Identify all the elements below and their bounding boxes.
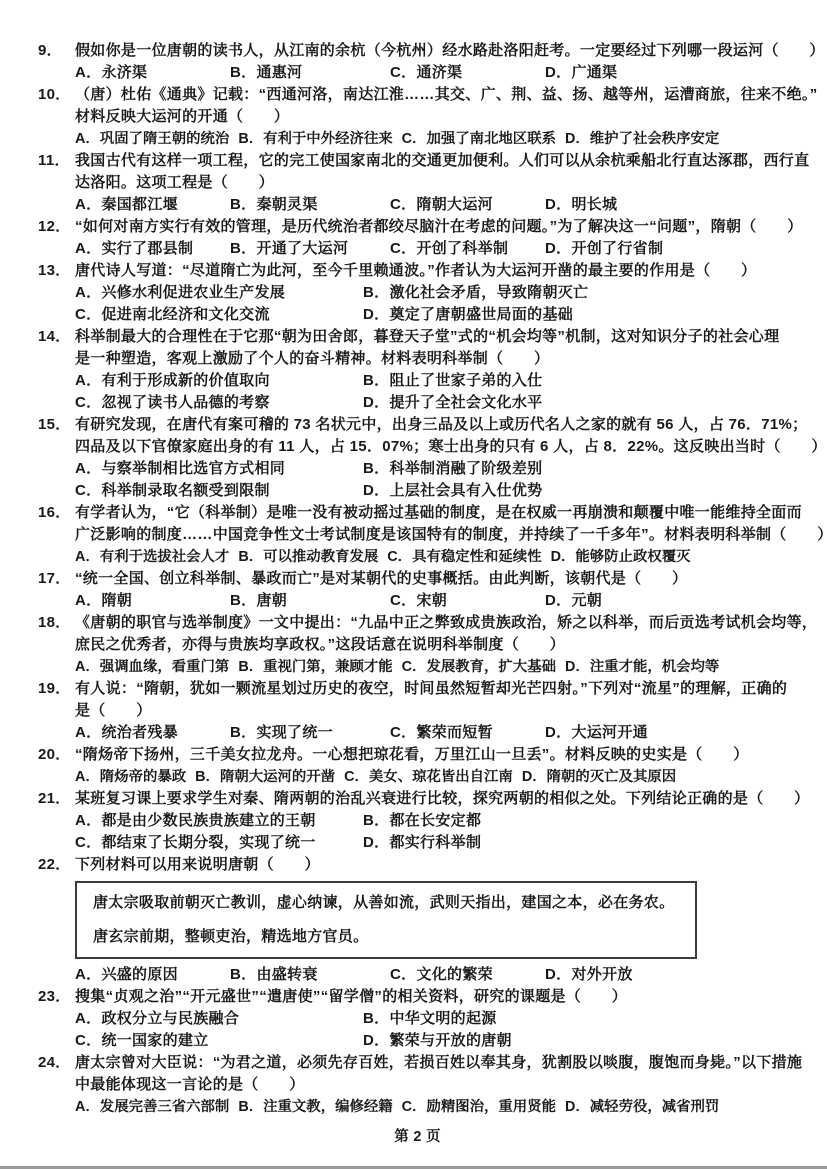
option-b: B．开通了大运河 xyxy=(230,238,390,260)
question-stem-line: 16．有学者认为，“它（科举制）是唯一没有被动摇过基础的制度，是在权威一再崩溃和… xyxy=(38,502,797,524)
option-a: A．隋炀帝的暴政 xyxy=(75,766,186,788)
stem-text: “如何对南方实行有效的管理，是历代统治者都绞尽脑汁在考虑的问题。”为了解决这一“… xyxy=(75,218,803,235)
option-text: 可以推动教育发展 xyxy=(263,549,378,565)
option-label: C． xyxy=(402,659,427,675)
option-label: B． xyxy=(363,460,389,477)
question-19: 19．有人说：“隋朝，犹如一颗流星划过历史的夜空，时间虽然短暂却光芒四射。”下列… xyxy=(38,678,797,744)
question-number: 18． xyxy=(38,612,75,634)
option-d: D．明长城 xyxy=(545,194,797,216)
option-d: D．隋朝的灭亡及其原因 xyxy=(522,766,676,788)
option-a: A．巩固了隋王朝的统治 xyxy=(75,128,229,150)
option-label: A． xyxy=(75,284,101,301)
option-d: D．能够防止政权覆灭 xyxy=(551,546,691,568)
option-c: C．文化的繁荣 xyxy=(390,964,545,986)
option-label: B． xyxy=(195,769,220,785)
question-stem-line: 15．有研究发现，在唐代有案可稽的 73 名状元中，出身三品及以上或历代名人之家… xyxy=(38,414,797,436)
option-a: A．实行了郡县制 xyxy=(75,238,230,260)
option-text: 统一国家的建立 xyxy=(101,1032,208,1049)
option-text: 由盛转衰 xyxy=(256,966,317,983)
option-text: 都在长安定都 xyxy=(389,812,481,829)
option-c: C．美女、琼花皆出自江南 xyxy=(344,766,513,788)
option-text: 隋朝大运河 xyxy=(416,196,493,213)
option-text: 政权分立与民族融合 xyxy=(101,1010,239,1027)
option-d: D．广通渠 xyxy=(545,62,797,84)
option-b: B．通惠河 xyxy=(230,62,390,84)
option-c: C．隋朝大运河 xyxy=(390,194,545,216)
options-row: A．巩固了隋王朝的统治B．有利于中外经济往来C．加强了南北地区联系D．维护了社会… xyxy=(75,128,797,150)
option-d: D．对外开放 xyxy=(545,964,797,986)
question-16: 16．有学者认为，“它（科举制）是唯一没有被动摇过基础的制度，是在权威一再崩溃和… xyxy=(38,502,797,568)
option-label: C． xyxy=(75,1032,101,1049)
stem-text: 有人说：“隋朝，犹如一颗流星划过历史的夜空，时间虽然短暂却光芒四射。”下列对“流… xyxy=(75,680,787,697)
option-text: 与察举制相比选官方式相同 xyxy=(101,460,285,477)
option-text: 励精图治，重用贤能 xyxy=(426,1099,556,1115)
question-number: 13． xyxy=(38,260,75,282)
option-c: C．发展教育，扩大基础 xyxy=(402,656,556,678)
option-text: 都实行科举制 xyxy=(389,834,481,851)
option-b: B．注重文教，编修经籍 xyxy=(238,1096,392,1118)
question-number: 24． xyxy=(38,1052,75,1074)
option-a: A．秦国都江堰 xyxy=(75,194,230,216)
question-number: 9． xyxy=(38,40,75,62)
option-a: A．兴盛的原因 xyxy=(75,964,230,986)
option-label: B． xyxy=(363,284,389,301)
option-text: 永济渠 xyxy=(101,64,147,81)
option-label: A． xyxy=(75,196,101,213)
option-text: 上层社会具有入仕优势 xyxy=(389,482,542,499)
question-stem-line: 广泛影响的制度……中国竞争性文士考试制度是该国特有的制度，并持续了一千多年”。材… xyxy=(38,524,797,546)
option-label: C． xyxy=(390,64,416,81)
option-c: C．忽视了读书人品德的考察 xyxy=(75,392,363,414)
option-c: C．加强了南北地区联系 xyxy=(402,128,556,150)
option-text: 都是由少数民族贵族建立的王朝 xyxy=(101,812,315,829)
option-label: D． xyxy=(545,966,571,983)
option-d: D．提升了全社会文化水平 xyxy=(363,392,797,414)
question-stem-line: 18．《唐朝的职官与选举制度》一文中提出：“九品中正之弊致成贵族政治，矫之以科举… xyxy=(38,612,797,634)
question-number: 10． xyxy=(38,84,75,106)
stem-text: 是一种塑造，客观上激励了个人的奋斗精神。材料表明科举制（ ） xyxy=(75,350,549,367)
option-label: A． xyxy=(75,812,101,829)
options-row: A．强调血缘，看重门第B．重视门第，兼顾才能C．发展教育，扩大基础D．注重才能，… xyxy=(75,656,797,678)
stem-text: 《唐朝的职官与选举制度》一文中提出：“九品中正之弊致成贵族政治，矫之以科举，而后… xyxy=(75,614,817,631)
option-label: C． xyxy=(390,724,416,741)
question-17: 17．“统一全国、创立科举制、暴政而亡”是对某朝代的史事概括。由此判断，该朝代是… xyxy=(38,568,797,612)
option-text: 实行了郡县制 xyxy=(101,240,193,257)
option-d: D．上层社会具有入仕优势 xyxy=(363,480,797,502)
option-a: A．与察举制相比选官方式相同 xyxy=(75,458,363,480)
option-c: C．通济渠 xyxy=(390,62,545,84)
option-label: D． xyxy=(363,834,389,851)
option-label: C． xyxy=(390,196,416,213)
question-13: 13．唐代诗人写道：“尽道隋亡为此河，至今千里赖通波。”作者认为大运河开凿的最主… xyxy=(38,260,797,326)
option-label: A． xyxy=(75,131,100,147)
option-label: D． xyxy=(545,240,571,257)
stem-text: 有研究发现，在唐代有案可稽的 73 名状元中，出身三品及以上或历代名人之家的就有… xyxy=(75,416,807,433)
question-stem-line: 9．假如你是一位唐朝的读书人，从江南的余杭（今杭州）经水路赴洛阳赶考。一定要经过… xyxy=(38,40,797,62)
option-label: C． xyxy=(390,240,416,257)
question-stem-line: 10．（唐）杜佑《通典》记载：“西通河洛，南达江淮……其交、广、荆、益、扬、越等… xyxy=(38,84,797,106)
option-d: D．奠定了唐朝盛世局面的基础 xyxy=(363,304,797,326)
option-text: 隋朝 xyxy=(101,592,132,609)
option-text: 秦朝灵渠 xyxy=(256,196,317,213)
option-text: 对外开放 xyxy=(571,966,632,983)
option-text: 具有稳定性和延续性 xyxy=(412,549,542,565)
option-text: 有利于形成新的价值取向 xyxy=(101,372,269,389)
option-text: 忽视了读书人品德的考察 xyxy=(101,394,269,411)
option-b: B．中华文明的起源 xyxy=(363,1008,797,1030)
question-number: 15． xyxy=(38,414,75,436)
option-d: D．注重才能，机会均等 xyxy=(565,656,719,678)
option-text: 科举制录取名额受到限制 xyxy=(101,482,269,499)
question-stem-line: 13．唐代诗人写道：“尽道隋亡为此河，至今千里赖通波。”作者认为大运河开凿的最主… xyxy=(38,260,797,282)
option-label: B． xyxy=(230,966,256,983)
question-number: 16． xyxy=(38,502,75,524)
question-number: 12． xyxy=(38,216,75,238)
exam-page: 9．假如你是一位唐朝的读书人，从江南的余杭（今杭州）经水路赴洛阳赶考。一定要经过… xyxy=(0,0,827,1148)
stem-text: 唐太宗曾对大臣说：“为君之道，必须先存百姓，若损百姓以奉其身，犹割股以啖腹，腹饱… xyxy=(75,1054,802,1071)
question-20: 20．“隋炀帝下扬州，三千美女拉龙舟。一心想把琼花看，万里江山一旦丢”。材料反映… xyxy=(38,744,797,788)
option-label: D． xyxy=(545,196,571,213)
page-footer: 第 2 页 xyxy=(38,1126,797,1148)
option-a: A．兴修水利促进农业生产发展 xyxy=(75,282,363,304)
option-text: 广通渠 xyxy=(571,64,617,81)
option-label: A． xyxy=(75,1010,101,1027)
option-d: D．开创了行省制 xyxy=(545,238,797,260)
options-row: A．有利于形成新的价值取向B．阻止了世家子弟的入仕C．忽视了读书人品德的考察D．… xyxy=(75,370,797,414)
option-label: D． xyxy=(545,64,571,81)
stem-text: 是（ ） xyxy=(75,702,152,719)
option-label: D． xyxy=(363,1032,389,1049)
option-c: C．都结束了长期分裂，实现了统一 xyxy=(75,832,363,854)
option-d: D．减轻劳役，减省刑罚 xyxy=(565,1096,719,1118)
question-stem-line: 达洛阳。这项工程是（ ） xyxy=(38,172,797,194)
option-b: B．激化社会矛盾，导致隋朝灭亡 xyxy=(363,282,797,304)
question-18: 18．《唐朝的职官与选举制度》一文中提出：“九品中正之弊致成贵族政治，矫之以科举… xyxy=(38,612,797,678)
option-text: 繁荣而短暂 xyxy=(416,724,493,741)
question-23: 23．搜集“贞观之治”“开元盛世”“遣唐使”“留学僧”的相关资料，研究的课题是（… xyxy=(38,986,797,1052)
option-text: 发展完善三省六部制 xyxy=(100,1099,230,1115)
option-label: A． xyxy=(75,592,101,609)
option-b: B．重视门第，兼顾才能 xyxy=(238,656,392,678)
option-label: C． xyxy=(75,394,101,411)
option-d: D．都实行科举制 xyxy=(363,832,797,854)
options-row: A．实行了郡县制B．开通了大运河C．开创了科举制D．开创了行省制 xyxy=(75,238,797,260)
option-text: 巩固了隋王朝的统治 xyxy=(100,131,230,147)
stem-text: 假如你是一位唐朝的读书人，从江南的余杭（今杭州）经水路赴洛阳赶考。一定要经过下列… xyxy=(75,42,825,59)
options-row: A．秦国都江堰B．秦朝灵渠C．隋朝大运河D．明长城 xyxy=(75,194,797,216)
stem-text: 材料反映大运河的开通（ ） xyxy=(75,108,289,125)
option-b: B．隋朝大运河的开凿 xyxy=(195,766,335,788)
question-stem-line: 24．唐太宗曾对大臣说：“为君之道，必须先存百姓，若损百姓以奉其身，犹割股以啖腹… xyxy=(38,1052,797,1074)
option-b: B．秦朝灵渠 xyxy=(230,194,390,216)
question-stem-line: 是一种塑造，客观上激励了个人的奋斗精神。材料表明科举制（ ） xyxy=(38,348,797,370)
stem-text: 中最能体现这一言论的是（ ） xyxy=(75,1076,305,1093)
option-label: C． xyxy=(387,549,412,565)
stem-text: 广泛影响的制度……中国竞争性文士考试制度是该国特有的制度，并持续了一千多年”。材… xyxy=(75,526,827,543)
option-label: B． xyxy=(238,1099,263,1115)
question-14: 14．科举制最大的合理性在于它那“朝为田舍郎，暮登天子堂”式的“机会均等”机制，… xyxy=(38,326,797,414)
material-box: 唐太宗吸取前朝灭亡教训，虚心纳谏，从善如流，武则天指出，建国之本，必在务农。唐玄… xyxy=(75,881,697,959)
option-text: 文化的繁荣 xyxy=(416,966,493,983)
option-label: A． xyxy=(75,1099,100,1115)
option-text: 统治者残暴 xyxy=(101,724,178,741)
option-c: C．繁荣而短暂 xyxy=(390,722,545,744)
option-label: C． xyxy=(402,131,427,147)
stem-text: 四品及以下官僚家庭出身的有 11 人，占 15．07%；寒士出身的只有 6 人，… xyxy=(75,438,827,455)
option-a: A．有利于选拔社会人才 xyxy=(75,546,229,568)
option-text: 中华文明的起源 xyxy=(389,1010,496,1027)
option-d: D．元朝 xyxy=(545,590,797,612)
option-text: 通惠河 xyxy=(256,64,302,81)
options-row: A．兴盛的原因B．由盛转衰C．文化的繁荣D．对外开放 xyxy=(75,964,797,986)
option-text: 开创了行省制 xyxy=(571,240,663,257)
stem-text: “隋炀帝下扬州，三千美女拉龙舟。一心想把琼花看，万里江山一旦丢”。材料反映的史实… xyxy=(75,746,749,763)
option-text: 唐朝 xyxy=(256,592,287,609)
option-b: B．科举制消融了阶级差别 xyxy=(363,458,797,480)
option-a: A．有利于形成新的价值取向 xyxy=(75,370,363,392)
option-label: D． xyxy=(522,769,547,785)
option-b: B．都在长安定都 xyxy=(363,810,797,832)
option-text: 强调血缘，看重门第 xyxy=(100,659,230,675)
option-text: 元朝 xyxy=(571,592,602,609)
options-row: A．有利于选拔社会人才B．可以推动教育发展C．具有稳定性和延续性D．能够防止政权… xyxy=(75,546,797,568)
question-stem-line: 庶民之优秀者，亦得与贵族均享政权。”这段话意在说明科举制度（ ） xyxy=(38,634,797,656)
question-stem-line: 22．下列材料可以用来说明唐朝（ ） xyxy=(38,854,797,876)
option-d: D．维护了社会秩序安定 xyxy=(565,128,719,150)
question-list: 9．假如你是一位唐朝的读书人，从江南的余杭（今杭州）经水路赴洛阳赶考。一定要经过… xyxy=(38,40,797,1118)
stem-text: “统一全国、创立科举制、暴政而亡”是对某朝代的史事概括。由此判断，该朝代是（ ） xyxy=(75,570,687,587)
stem-text: （唐）杜佑《通典》记载：“西通河洛，南达江淮……其交、广、荆、益、扬、越等州，运… xyxy=(75,86,818,103)
option-text: 注重才能，机会均等 xyxy=(590,659,720,675)
option-text: 有利于选拔社会人才 xyxy=(100,549,230,565)
option-text: 加强了南北地区联系 xyxy=(426,131,556,147)
options-row: A．发展完善三省六部制B．注重文教，编修经籍C．励精图治，重用贤能D．减轻劳役，… xyxy=(75,1096,797,1118)
options-row: A．政权分立与民族融合B．中华文明的起源C．统一国家的建立D．繁荣与开放的唐朝 xyxy=(75,1008,797,1052)
option-text: 繁荣与开放的唐朝 xyxy=(389,1032,511,1049)
option-label: B． xyxy=(230,592,256,609)
stem-text: 下列材料可以用来说明唐朝（ ） xyxy=(75,856,320,873)
option-text: 隋朝的灭亡及其原因 xyxy=(547,769,677,785)
question-number: 23． xyxy=(38,986,75,1008)
stem-text: 我国古代有这样一项工程，它的完工使国家南北的交通更加便利。人们可以从余杭乘船北行… xyxy=(75,152,809,169)
option-label: B． xyxy=(238,131,263,147)
option-c: C．开创了科举制 xyxy=(390,238,545,260)
option-label: C． xyxy=(390,966,416,983)
option-label: B． xyxy=(363,1010,389,1027)
option-text: 科举制消融了阶级差别 xyxy=(389,460,542,477)
question-24: 24．唐太宗曾对大臣说：“为君之道，必须先存百姓，若损百姓以奉其身，犹割股以啖腹… xyxy=(38,1052,797,1118)
question-22: 22．下列材料可以用来说明唐朝（ ）唐太宗吸取前朝灭亡教训，虚心纳谏，从善如流，… xyxy=(38,854,797,986)
option-text: 奠定了唐朝盛世局面的基础 xyxy=(389,306,573,323)
option-text: 重视门第，兼顾才能 xyxy=(263,659,393,675)
option-text: 减轻劳役，减省刑罚 xyxy=(590,1099,720,1115)
option-text: 兴盛的原因 xyxy=(101,966,178,983)
option-b: B．实现了统一 xyxy=(230,722,390,744)
option-label: D． xyxy=(545,724,571,741)
option-text: 能够防止政权覆灭 xyxy=(575,549,690,565)
option-label: D． xyxy=(545,592,571,609)
option-label: A． xyxy=(75,372,101,389)
question-10: 10．（唐）杜佑《通典》记载：“西通河洛，南达江淮……其交、广、荆、益、扬、越等… xyxy=(38,84,797,150)
option-a: A．都是由少数民族贵族建立的王朝 xyxy=(75,810,363,832)
stem-text: 庶民之优秀者，亦得与贵族均享政权。”这段话意在说明科举制度（ ） xyxy=(75,636,565,653)
stem-text: 有学者认为，“它（科举制）是唯一没有被动摇过基础的制度，是在权威一再崩溃和颠覆中… xyxy=(75,504,802,521)
option-label: D． xyxy=(363,482,389,499)
stem-text: 某班复习课上要求学生对秦、隋两朝的治乱兴衰进行比较，探究两朝的相似之处。下列结论… xyxy=(75,790,809,807)
option-label: C． xyxy=(344,769,369,785)
question-number: 11． xyxy=(38,150,75,172)
option-a: A．政权分立与民族融合 xyxy=(75,1008,363,1030)
option-a: A．统治者残暴 xyxy=(75,722,230,744)
question-stem-line: 19．有人说：“隋朝，犹如一颗流星划过历史的夜空，时间虽然短暂却光芒四射。”下列… xyxy=(38,678,797,700)
stem-text: 达洛阳。这项工程是（ ） xyxy=(75,174,274,191)
option-text: 明长城 xyxy=(571,196,617,213)
option-text: 发展教育，扩大基础 xyxy=(426,659,556,675)
option-text: 开通了大运河 xyxy=(256,240,348,257)
options-row: A．永济渠B．通惠河C．通济渠D．广通渠 xyxy=(75,62,797,84)
option-text: 宋朝 xyxy=(416,592,447,609)
option-text: 美女、琼花皆出自江南 xyxy=(369,769,513,785)
option-label: A． xyxy=(75,659,100,675)
question-stem-line: 20．“隋炀帝下扬州，三千美女拉龙舟。一心想把琼花看，万里江山一旦丢”。材料反映… xyxy=(38,744,797,766)
question-number: 14． xyxy=(38,326,75,348)
options-row: A．统治者残暴B．实现了统一C．繁荣而短暂D．大运河开通 xyxy=(75,722,797,744)
question-stem-line: 23．搜集“贞观之治”“开元盛世”“遣唐使”“留学僧”的相关资料，研究的课题是（… xyxy=(38,986,797,1008)
question-stem-line: 11．我国古代有这样一项工程，它的完工使国家南北的交通更加便利。人们可以从余杭乘… xyxy=(38,150,797,172)
option-label: A． xyxy=(75,769,100,785)
option-text: 都结束了长期分裂，实现了统一 xyxy=(101,834,315,851)
option-label: C． xyxy=(402,1099,427,1115)
question-stem-line: 14．科举制最大的合理性在于它那“朝为田舍郎，暮登天子堂”式的“机会均等”机制，… xyxy=(38,326,797,348)
option-a: A．隋朝 xyxy=(75,590,230,612)
question-number: 21． xyxy=(38,788,75,810)
option-text: 兴修水利促进农业生产发展 xyxy=(101,284,285,301)
option-label: B． xyxy=(363,372,389,389)
option-label: B． xyxy=(230,240,256,257)
options-row: A．隋朝B．唐朝C．宋朝D．元朝 xyxy=(75,590,797,612)
material-box-line: 唐玄宗前期，整顿吏治，精选地方官员。 xyxy=(93,926,679,948)
option-label: B． xyxy=(230,724,256,741)
option-label: C． xyxy=(390,592,416,609)
option-text: 秦国都江堰 xyxy=(101,196,178,213)
option-label: A． xyxy=(75,240,101,257)
option-text: 隋朝大运河的开凿 xyxy=(220,769,335,785)
option-c: C．统一国家的建立 xyxy=(75,1030,363,1052)
option-text: 实现了统一 xyxy=(256,724,333,741)
option-label: B． xyxy=(230,196,256,213)
option-label: B． xyxy=(238,549,263,565)
option-label: C． xyxy=(75,834,101,851)
option-b: B．由盛转衰 xyxy=(230,964,390,986)
material-box-line: 唐太宗吸取前朝灭亡教训，虚心纳谏，从善如流，武则天指出，建国之本，必在务农。 xyxy=(93,892,679,914)
option-b: B．有利于中外经济往来 xyxy=(238,128,392,150)
question-11: 11．我国古代有这样一项工程，它的完工使国家南北的交通更加便利。人们可以从余杭乘… xyxy=(38,150,797,216)
option-c: C．具有稳定性和延续性 xyxy=(387,546,541,568)
option-text: 激化社会矛盾，导致隋朝灭亡 xyxy=(389,284,588,301)
option-b: B．唐朝 xyxy=(230,590,390,612)
options-row: A．都是由少数民族贵族建立的王朝B．都在长安定都C．都结束了长期分裂，实现了统一… xyxy=(75,810,797,854)
stem-text: 唐代诗人写道：“尽道隋亡为此河，至今千里赖通波。”作者认为大运河开凿的最主要的作… xyxy=(75,262,756,279)
option-label: B． xyxy=(238,659,263,675)
question-stem-line: 材料反映大运河的开通（ ） xyxy=(38,106,797,128)
option-label: D． xyxy=(363,306,389,323)
question-stem-line: 12．“如何对南方实行有效的管理，是历代统治者都绞尽脑汁在考虑的问题。”为了解决… xyxy=(38,216,797,238)
option-c: C．科举制录取名额受到限制 xyxy=(75,480,363,502)
question-stem-line: 是（ ） xyxy=(38,700,797,722)
option-text: 提升了全社会文化水平 xyxy=(389,394,542,411)
stem-text: 科举制最大的合理性在于它那“朝为田舍郎，暮登天子堂”式的“机会均等”机制，这对知… xyxy=(75,328,779,345)
options-row: A．与察举制相比选官方式相同B．科举制消融了阶级差别C．科举制录取名额受到限制D… xyxy=(75,458,797,502)
stem-text: 搜集“贞观之治”“开元盛世”“遣唐使”“留学僧”的相关资料，研究的课题是（ ） xyxy=(75,988,627,1005)
option-a: A．强调血缘，看重门第 xyxy=(75,656,229,678)
option-text: 隋炀帝的暴政 xyxy=(100,769,186,785)
question-number: 20． xyxy=(38,744,75,766)
option-text: 维护了社会秩序安定 xyxy=(590,131,720,147)
option-c: C．励精图治，重用贤能 xyxy=(402,1096,556,1118)
option-text: 开创了科举制 xyxy=(416,240,508,257)
option-text: 注重文教，编修经籍 xyxy=(263,1099,393,1115)
option-a: A．发展完善三省六部制 xyxy=(75,1096,229,1118)
question-9: 9．假如你是一位唐朝的读书人，从江南的余杭（今杭州）经水路赴洛阳赶考。一定要经过… xyxy=(38,40,797,84)
option-label: D． xyxy=(565,131,590,147)
question-number: 19． xyxy=(38,678,75,700)
option-c: C．促进南北经济和文化交流 xyxy=(75,304,363,326)
option-b: B．阻止了世家子弟的入仕 xyxy=(363,370,797,392)
question-21: 21．某班复习课上要求学生对秦、隋两朝的治乱兴衰进行比较，探究两朝的相似之处。下… xyxy=(38,788,797,854)
option-label: A． xyxy=(75,966,101,983)
option-label: A． xyxy=(75,64,101,81)
option-text: 促进南北经济和文化交流 xyxy=(101,306,269,323)
option-label: A． xyxy=(75,549,100,565)
option-label: D． xyxy=(551,549,576,565)
option-d: D．繁荣与开放的唐朝 xyxy=(363,1030,797,1052)
question-stem-line: 17．“统一全国、创立科举制、暴政而亡”是对某朝代的史事概括。由此判断，该朝代是… xyxy=(38,568,797,590)
option-label: A． xyxy=(75,724,101,741)
option-text: 阻止了世家子弟的入仕 xyxy=(389,372,542,389)
option-label: D． xyxy=(565,659,590,675)
question-15: 15．有研究发现，在唐代有案可稽的 73 名状元中，出身三品及以上或历代名人之家… xyxy=(38,414,797,502)
option-c: C．宋朝 xyxy=(390,590,545,612)
options-row: A．隋炀帝的暴政B．隋朝大运河的开凿C．美女、琼花皆出自江南D．隋朝的灭亡及其原… xyxy=(75,766,797,788)
option-label: D． xyxy=(363,394,389,411)
option-label: C． xyxy=(75,306,101,323)
option-label: C． xyxy=(75,482,101,499)
option-text: 通济渠 xyxy=(416,64,462,81)
option-d: D．大运河开通 xyxy=(545,722,797,744)
option-label: B． xyxy=(230,64,256,81)
question-stem-line: 中最能体现这一言论的是（ ） xyxy=(38,1074,797,1096)
option-label: B． xyxy=(363,812,389,829)
options-row: A．兴修水利促进农业生产发展B．激化社会矛盾，导致隋朝灭亡C．促进南北经济和文化… xyxy=(75,282,797,326)
option-text: 大运河开通 xyxy=(571,724,648,741)
question-stem-line: 21．某班复习课上要求学生对秦、隋两朝的治乱兴衰进行比较，探究两朝的相似之处。下… xyxy=(38,788,797,810)
option-a: A．永济渠 xyxy=(75,62,230,84)
question-number: 22． xyxy=(38,854,75,876)
question-12: 12．“如何对南方实行有效的管理，是历代统治者都绞尽脑汁在考虑的问题。”为了解决… xyxy=(38,216,797,260)
option-label: D． xyxy=(565,1099,590,1115)
question-stem-line: 四品及以下官僚家庭出身的有 11 人，占 15．07%；寒士出身的只有 6 人，… xyxy=(38,436,797,458)
option-label: A． xyxy=(75,460,101,477)
question-number: 17． xyxy=(38,568,75,590)
option-text: 有利于中外经济往来 xyxy=(263,131,393,147)
option-b: B．可以推动教育发展 xyxy=(238,546,378,568)
